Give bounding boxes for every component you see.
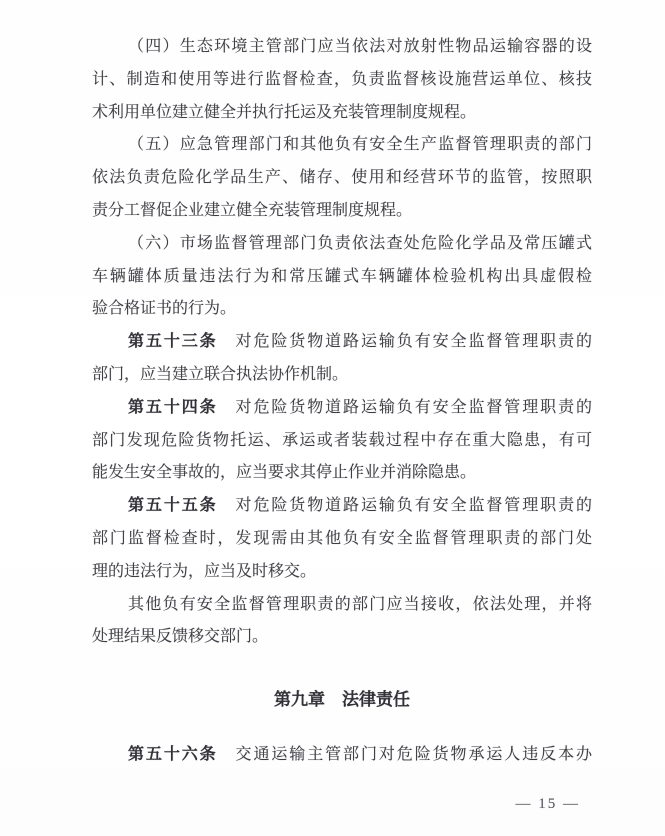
text-line: 部门监督检查时，发现需由其他负有安全监督管理职责的部门处 [92,523,592,556]
text-line: 第五十六条 交通运输主管部门对危险货物承运人违反本办 [92,739,592,772]
text-run: 责分工督促企业建立健全充装管理制度规程。 [92,202,412,219]
text-run: 部门发现危险货物托运、承运或者装载过程中存在重大隐患，有可 [92,432,592,449]
text-line: 车辆罐体质量违法行为和常压罐式车辆罐体检验机构出具虚假检 [92,261,592,294]
text-line: 术利用单位建立健全并执行托运及充装管理制度规程。 [92,97,592,130]
text-line: 理的违法行为，应当及时移交。 [92,556,592,589]
body-lines: （四）生态环境主管部门应当依法对放射性物品运输容器的设计、制造和使用等进行监督检… [92,31,592,772]
article-number-label: 第五十六条 [128,746,218,763]
text-run: 能发生安全事故的，应当要求其停止作业并消除隐患。 [92,464,476,481]
text-run: 其他负有安全监督管理职责的部门应当接收，依法处理，并将 [128,596,592,613]
text-line: （五）应急管理部门和其他负有安全生产监督管理职责的部门 [92,129,592,162]
text-line: 依法负责危险化学品生产、储存、使用和经营环节的监管，按照职 [92,162,592,195]
text-run: 车辆罐体质量违法行为和常压罐式车辆罐体检验机构出具虚假检 [92,268,592,285]
text-line: 部门发现危险货物托运、承运或者装载过程中存在重大隐患，有可 [92,425,592,458]
text-run: 验合格证书的行为。 [92,300,236,317]
text-line: 验合格证书的行为。 [92,293,592,326]
article-number-label: 第五十五条 [128,497,218,514]
text-run: 处理结果反馈移交部门。 [92,628,268,645]
text-line: （六）市场监督管理部门负责依法查处危险化学品及常压罐式 [92,228,592,261]
text-run: 计、制造和使用等进行监督检查，负责监督核设施营运单位、核技 [92,71,592,88]
text-line: 处理结果反馈移交部门。 [92,621,592,654]
text-line: 第五十四条 对危险货物道路运输负有安全监督管理职责的 [92,392,592,425]
text-run: 理的违法行为，应当及时移交。 [92,563,316,580]
text-line: （四）生态环境主管部门应当依法对放射性物品运输容器的设 [92,31,592,64]
document-body: （四）生态环境主管部门应当依法对放射性物品运输容器的设计、制造和使用等进行监督检… [92,31,592,814]
text-run: 交通运输主管部门对危险货物承运人违反本办 [218,746,592,763]
text-run: 对危险货物道路运输负有安全监督管理职责的 [218,497,592,514]
text-run: （四）生态环境主管部门应当依法对放射性物品运输容器的设 [128,38,592,55]
text-run: 依法负责危险化学品生产、储存、使用和经营环节的监管，按照职 [92,169,592,186]
article-number-label: 第五十四条 [128,399,218,416]
text-line: 部门，应当建立联合执法协作机制。 [92,359,592,392]
text-run: （五）应急管理部门和其他负有安全生产监督管理职责的部门 [128,136,592,153]
text-run: 部门监督检查时，发现需由其他负有安全监督管理职责的部门处 [92,530,592,547]
text-line: 其他负有安全监督管理职责的部门应当接收，依法处理，并将 [92,589,592,622]
text-line: 第五十五条 对危险货物道路运输负有安全监督管理职责的 [92,490,592,523]
text-line: 计、制造和使用等进行监督检查，负责监督核设施营运单位、核技 [92,64,592,97]
text-run: （六）市场监督管理部门负责依法查处危险化学品及常压罐式 [128,235,592,252]
page-number: — 15 — [92,794,592,814]
text-run: 对危险货物道路运输负有安全监督管理职责的 [218,333,592,350]
text-run: 部门，应当建立联合执法协作机制。 [92,366,348,383]
article-number-label: 第五十三条 [128,333,218,350]
text-run: 对危险货物道路运输负有安全监督管理职责的 [218,399,592,416]
text-line: 能发生安全事故的，应当要求其停止作业并消除隐患。 [92,457,592,490]
chapter-heading: 第九章 法律责任 [92,684,592,717]
text-line: 第五十三条 对危险货物道路运输负有安全监督管理职责的 [92,326,592,359]
text-run: 术利用单位建立健全并执行托运及充装管理制度规程。 [92,104,476,121]
document-page: （四）生态环境主管部门应当依法对放射性物品运输容器的设计、制造和使用等进行监督检… [0,0,665,836]
text-run: 第九章 法律责任 [274,690,410,709]
text-line: 责分工督促企业建立健全充装管理制度规程。 [92,195,592,228]
